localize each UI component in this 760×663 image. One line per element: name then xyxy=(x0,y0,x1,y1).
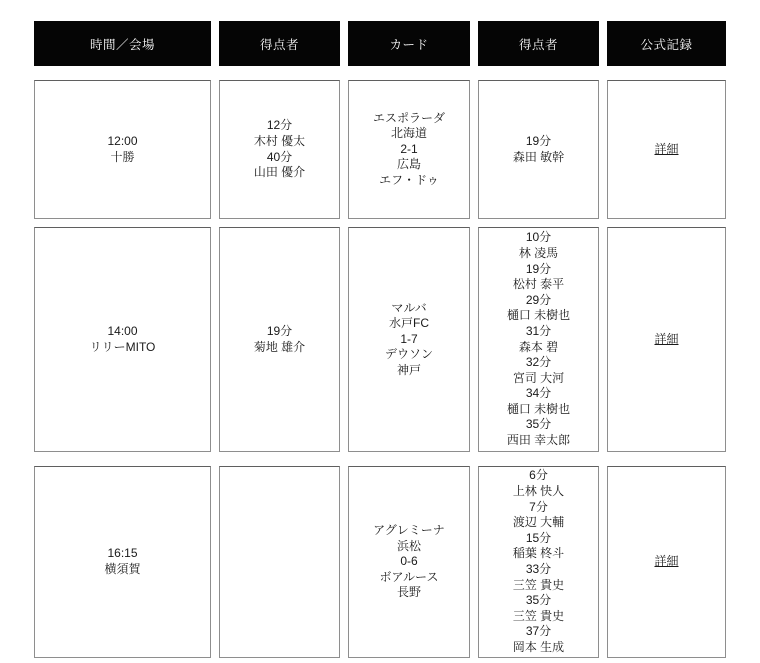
away-scorers-cell: 19分 森田 敏幹 xyxy=(478,80,599,219)
official-record-cell: 詳細 xyxy=(607,466,726,658)
match-row: 16:15 横須賀 アグレミーナ 浜松 0-6 ボアルース 長野 6分 上林 快… xyxy=(34,466,728,658)
match-card-cell: アグレミーナ 浜松 0-6 ボアルース 長野 xyxy=(348,466,470,658)
time-venue-cell: 14:00 リリーMITO xyxy=(34,227,211,452)
header-card: カード xyxy=(348,21,470,66)
detail-link[interactable]: 詳細 xyxy=(654,554,678,570)
home-scorers-cell: 12分 木村 優太 40分 山田 優介 xyxy=(219,80,340,219)
official-record-cell: 詳細 xyxy=(607,227,726,452)
match-results-table: 時間／会場 得点者 カード 得点者 公式記録 12:00 十勝 12分 木村 優… xyxy=(34,21,728,658)
time-venue-cell: 16:15 横須賀 xyxy=(34,466,211,658)
away-scorers-cell: 6分 上林 快人 7分 渡辺 大輔 15分 稲葉 柊斗 33分 三笠 貴史 35… xyxy=(478,466,599,658)
header-row: 時間／会場 得点者 カード 得点者 公式記録 xyxy=(34,21,728,66)
detail-link[interactable]: 詳細 xyxy=(654,332,678,348)
time-venue-cell: 12:00 十勝 xyxy=(34,80,211,219)
match-row: 14:00 リリーMITO 19分 菊地 雄介 マルバ 水戸FC 1-7 デウソ… xyxy=(34,227,728,452)
header-home-scorers: 得点者 xyxy=(219,21,340,66)
home-scorers-cell xyxy=(219,466,340,658)
match-row: 12:00 十勝 12分 木村 優太 40分 山田 優介 エスポラーダ 北海道 … xyxy=(34,80,728,219)
match-card-cell: エスポラーダ 北海道 2-1 広島 エフ・ドゥ xyxy=(348,80,470,219)
match-card-cell: マルバ 水戸FC 1-7 デウソン 神戸 xyxy=(348,227,470,452)
official-record-cell: 詳細 xyxy=(607,80,726,219)
away-scorers-cell: 10分 林 凌馬 19分 松村 泰平 29分 樋口 未樹也 31分 森本 碧 3… xyxy=(478,227,599,452)
header-official-record: 公式記録 xyxy=(607,21,726,66)
home-scorers-cell: 19分 菊地 雄介 xyxy=(219,227,340,452)
detail-link[interactable]: 詳細 xyxy=(654,142,678,158)
header-time-venue: 時間／会場 xyxy=(34,21,211,66)
header-away-scorers: 得点者 xyxy=(478,21,599,66)
